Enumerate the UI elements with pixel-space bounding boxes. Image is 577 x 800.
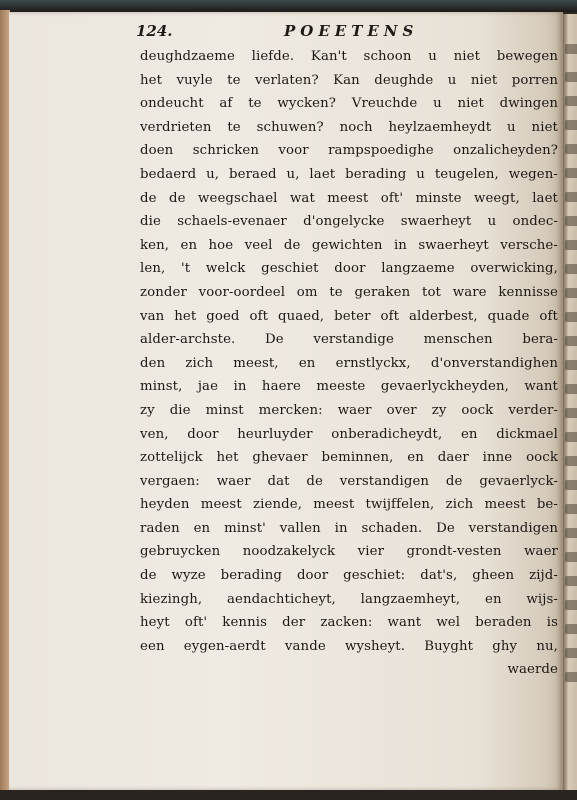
- text-line: den zich meest, en ernstlyckx, d'onverst…: [140, 352, 558, 376]
- text-line: deughdzaeme liefde. Kan't schoon u niet …: [140, 45, 558, 69]
- text-line: verdrieten te schuwen? noch heylzaemheyd…: [140, 116, 558, 140]
- facing-page-edge: [563, 14, 577, 790]
- page-number: 124.: [136, 22, 173, 40]
- book-cover-top-edge: [0, 0, 577, 12]
- text-line: van het goed oft quaed, beter oft alderb…: [140, 305, 558, 329]
- text-line: ven, door heurluyder onberadicheydt, en …: [140, 423, 558, 447]
- text-line: de de weegschael wat meest oft' minste w…: [140, 187, 558, 211]
- page-body-text: deughdzaeme liefde. Kan't schoon u niet …: [140, 45, 558, 682]
- text-line: raden en minst' vallen in schaden. De ve…: [140, 517, 558, 541]
- text-line: die schaels-evenaer d'ongelycke swaerhey…: [140, 210, 558, 234]
- text-line: kiezingh, aendachticheyt, langzaemheyt, …: [140, 588, 558, 612]
- text-line: heyden meest ziende, meest twijffelen, z…: [140, 493, 558, 517]
- running-title: POEETENS: [284, 22, 418, 40]
- text-line: de wyze berading door geschiet: dat's, g…: [140, 564, 558, 588]
- text-line: heyt oft' kennis der zacken: want wel be…: [140, 611, 558, 635]
- text-line: doen schricken voor rampspoedighe onzali…: [140, 139, 558, 163]
- text-line: ken, en hoe veel de gewichten in swaerhe…: [140, 234, 558, 258]
- text-line: ondeucht af te wycken? Vreuchde u niet d…: [140, 92, 558, 116]
- text-line: zy die minst mercken: waer over zy oock …: [140, 399, 558, 423]
- text-line: vergaen: waer dat de verstandigen de gev…: [140, 470, 558, 494]
- text-line: alder-archste. De verstandige menschen b…: [140, 328, 558, 352]
- text-line: bedaerd u, beraed u, laet berading u teu…: [140, 163, 558, 187]
- text-line: zottelijck het ghevaer beminnen, en daer…: [140, 446, 558, 470]
- text-line: gebruycken noodzakelyck vier grondt-vest…: [140, 540, 558, 564]
- text-line: zonder voor-oordeel om te geraken tot wa…: [140, 281, 558, 305]
- text-line: len, 't welck geschiet door langzaeme ov…: [140, 257, 558, 281]
- text-line: minst, jae in haere meeste gevaerlyckhey…: [140, 375, 558, 399]
- page-header: 124. POEETENS: [136, 22, 556, 44]
- text-line: een eygen-aerdt vande wysheyt. Buyght gh…: [140, 635, 558, 659]
- text-line: het vuyle te verlaten? Kan deughde u nie…: [140, 69, 558, 93]
- book-cover-bottom-edge: [0, 790, 577, 800]
- catchword: waerde: [140, 658, 558, 682]
